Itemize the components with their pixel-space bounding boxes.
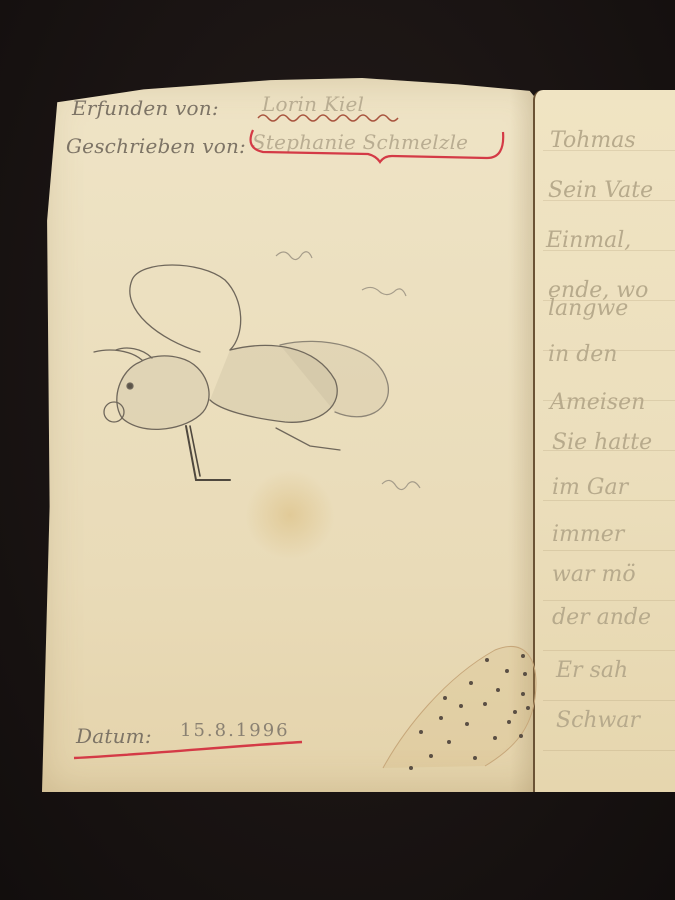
anthill-drawing [375,638,545,778]
small-insects-drawing [270,240,440,520]
story-line: Er sah [556,658,628,683]
written-by-label: Geschrieben von: [66,134,246,158]
page-rule [543,600,675,601]
page-rule [543,500,675,501]
story-line: Sie hatte [552,430,652,455]
red-bracket-underline [245,128,505,168]
date-red-underline [72,738,307,762]
page-rule [543,750,675,751]
invented-by-label: Erfunden von: [72,96,219,120]
story-line: Tohmas [550,128,636,153]
story-line: der ande [552,605,651,630]
story-line: Schwar [556,708,640,733]
story-line: in den [548,342,617,367]
story-line: immer [552,522,624,547]
story-line: langwe [548,296,628,321]
story-line: Ameisen [550,390,645,415]
story-line: Sein Vate [548,178,653,203]
story-line: war mö [552,562,636,587]
decorative-wavy-underline [258,112,398,122]
page-rule [543,700,675,701]
page-rule [543,650,675,651]
page-rule [543,550,675,551]
story-line: Einmal, [546,228,631,253]
story-line: im Gar [552,475,628,500]
